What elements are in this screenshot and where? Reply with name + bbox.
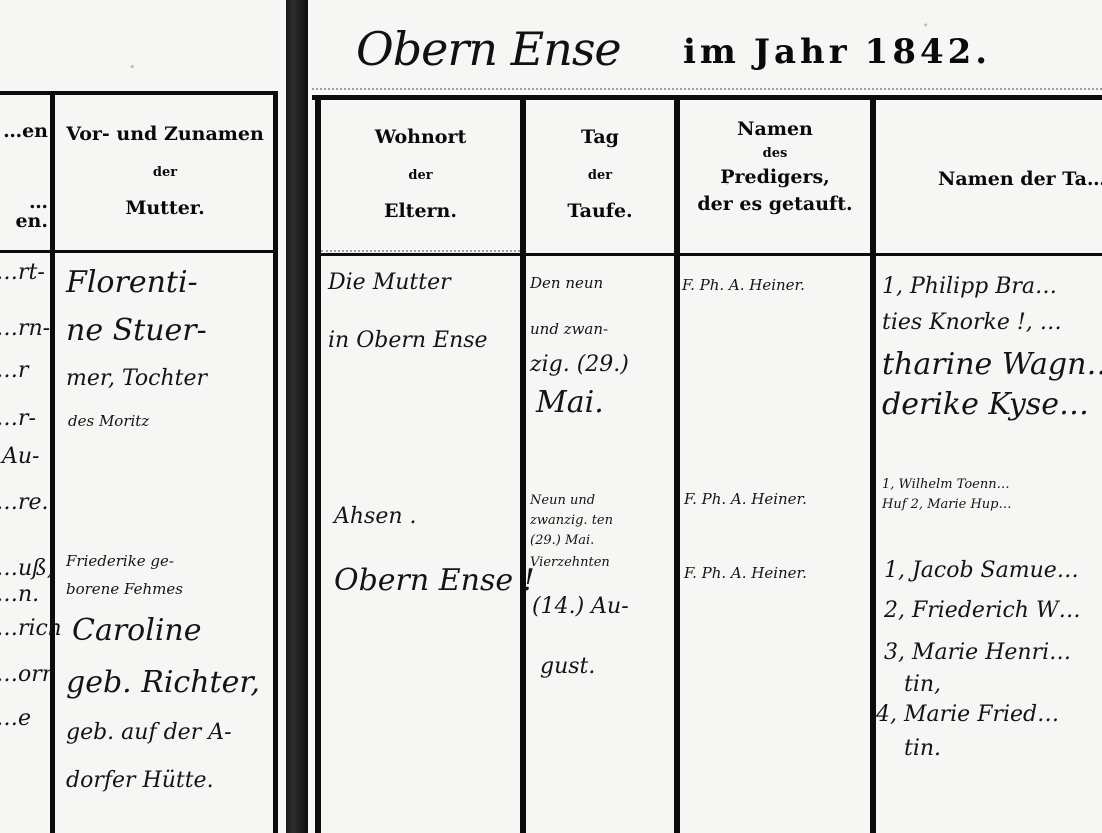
left-column-divider (50, 95, 55, 833)
title-underline-faint (312, 88, 1102, 90)
title-year: imJahr1842. (683, 32, 1005, 72)
left-page-right-rule (273, 93, 278, 833)
left-header-bottom-rule (0, 250, 278, 253)
title-place: Obern Ense (356, 22, 621, 76)
left-header-top-rule (0, 91, 278, 95)
right-header-bottom-rule (318, 253, 1102, 256)
header-dotted-rule (321, 250, 520, 252)
right-header-top-rule (312, 95, 1102, 100)
partial-column-header: …en …en. (0, 122, 48, 231)
mother-column-header: Vor- und Zunamen der Mutter. (58, 125, 272, 218)
header-godparents: Namen der Ta… (938, 170, 1102, 189)
book-binding-gutter (286, 0, 308, 833)
header-residence: Wohnort der Eltern. (321, 128, 520, 221)
header-preacher: Namen des Predigers, der es getauft. (680, 120, 870, 214)
header-baptism-day: Tag der Taufe. (526, 128, 674, 221)
